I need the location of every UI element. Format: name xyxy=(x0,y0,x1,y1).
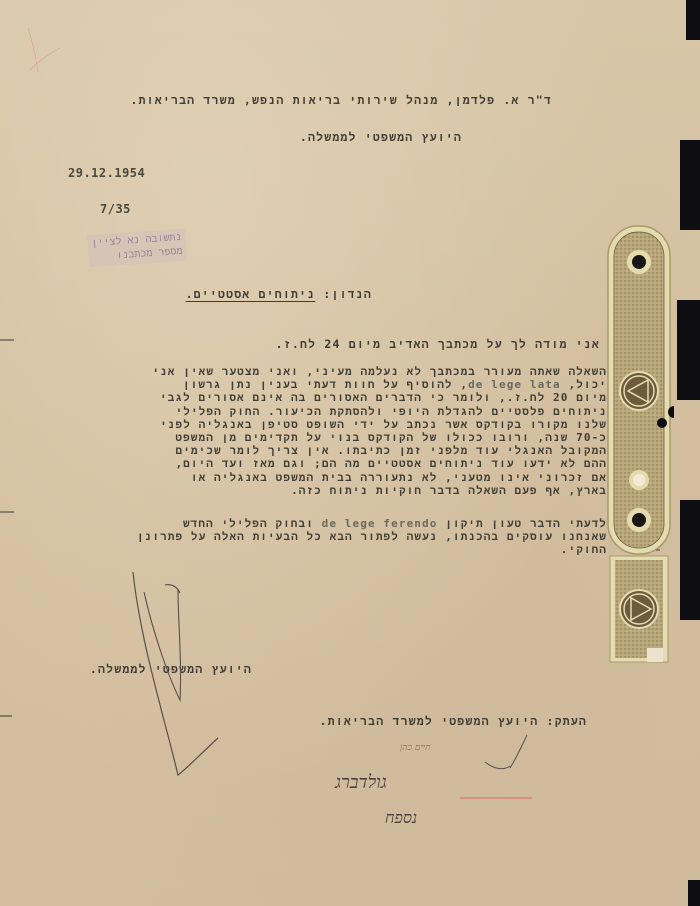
triangle-in-circle-emblem-lower-icon xyxy=(620,590,658,628)
triangle-in-circle-emblem-icon xyxy=(620,372,658,410)
binder-clip xyxy=(604,224,674,664)
signature-scribble xyxy=(0,0,700,906)
